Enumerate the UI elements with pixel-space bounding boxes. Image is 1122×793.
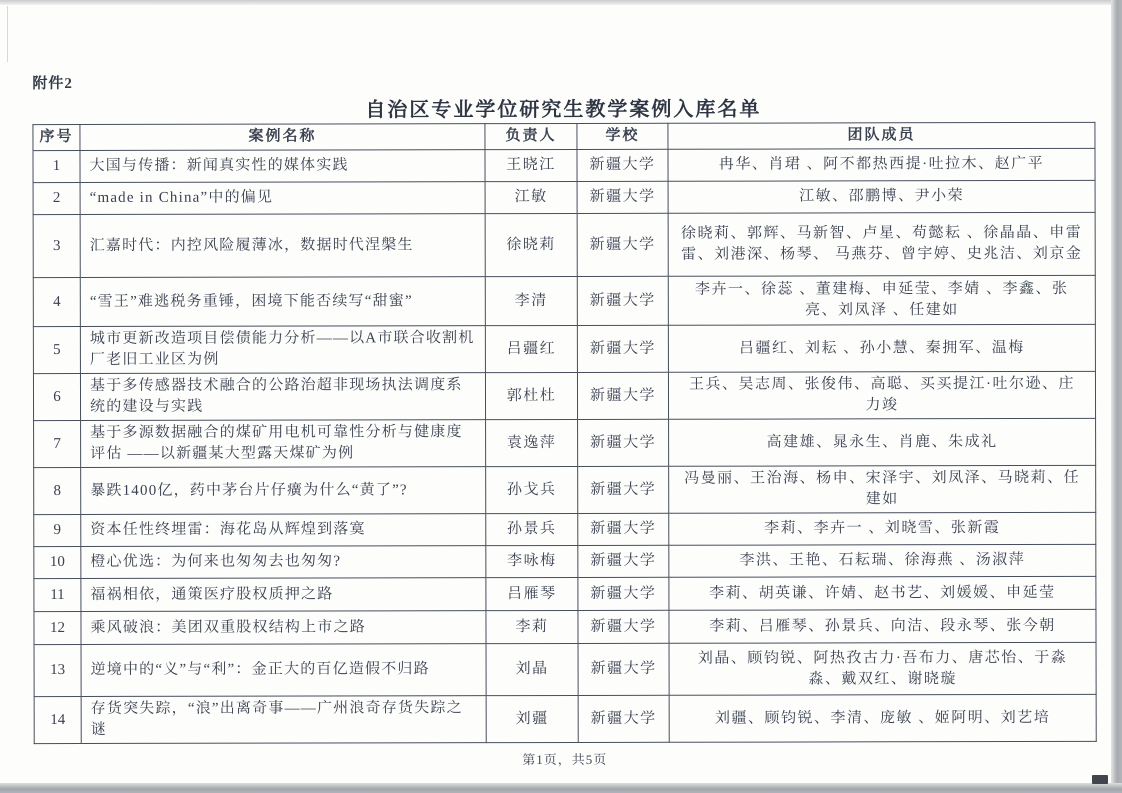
case-no-cell: 3 [33,214,80,277]
case-leader-cell: 江敏 [485,181,577,213]
case-team-cell: 刘晶、顾钧锐、阿热孜古力·吾布力、唐芯怡、于淼淼、戴双红、谢晓璇 [669,642,1096,695]
case-team-cell: 冯曼丽、王治海、杨申、宋泽宇、刘凤泽、马晓莉、任建如 [669,465,1096,513]
column-header-school: 学校 [577,123,668,149]
case-name-cell: 存货突失踪，“浪”出离奇事——广州浪奇存货失踪之谜 [81,696,486,744]
case-school-cell: 新疆大学 [578,610,669,643]
case-leader-cell: 吕疆红 [485,325,577,372]
case-leader-cell: 李清 [485,276,577,325]
table-row: 11 福祸相依，通策医疗股权质押之路 吕雁琴 新疆大学 李莉、胡英谦、许婧、赵书… [34,576,1096,611]
case-no-cell: 8 [34,467,81,514]
table-row: 4 “雪王”难逃税务重锤，困境下能否续写“甜蜜” 李清 新疆大学 李卉一、徐蕊 … [33,275,1095,326]
case-no-cell: 1 [33,150,80,182]
case-name-cell: 基于多源数据融合的煤矿用电机可靠性分析与健康度评估 ——以新疆某大型露天煤矿为例 [81,420,486,468]
table-row: 1 大国与传播：新闻真实性的媒体实践 王晓江 新疆大学 冉华、肖珺 、阿不都热西… [33,148,1095,182]
case-no-cell: 12 [34,611,81,644]
case-school-cell: 新疆大学 [577,213,668,276]
case-leader-cell: 吕雁琴 [486,577,578,610]
case-no-cell: 5 [33,326,80,373]
case-name-cell: “雪王”难逃税务重锤，困境下能否续写“甜蜜” [80,277,485,327]
page-title: 自治区专业学位研究生教学案例入库名单 [32,92,1094,123]
case-team-cell: 王兵、吴志周、张俊伟、高聪、买买提江·吐尔逊、庄力竣 [668,371,1095,419]
case-no-cell: 2 [33,182,80,214]
table-row: 14 存货突失踪，“浪”出离奇事——广州浪奇存货失踪之谜 刘疆 新疆大学 刘疆、… [34,694,1096,743]
case-leader-cell: 李咏梅 [486,545,578,577]
case-no-cell: 10 [34,546,81,578]
case-school-cell: 新疆大学 [577,276,668,325]
scan-edge-top [0,0,1122,5]
case-no-cell: 7 [34,420,81,467]
case-team-cell: 李卉一、徐蕊 、董建梅、申延莹、李婧 、李鑫、张亮、刘凤泽 、任建如 [668,275,1095,325]
case-school-cell: 新疆大学 [578,419,669,466]
table-row: 2 “made in China”中的偏见 江敏 新疆大学 江敏、邵鹏博、尹小荣 [33,180,1095,214]
case-leader-cell: 郭杜杜 [485,372,577,419]
case-team-cell: 李莉、李卉一 、刘晓雪、张新霞 [669,512,1096,545]
table-row: 13 逆境中的“义”与“利”：金正大的百亿造假不归路 刘晶 新疆大学 刘晶、顾钧… [34,642,1096,696]
attachment-label: 附件2 [32,72,73,93]
table-row: 9 资本任性终埋雷：海花岛从辉煌到落寞 孙景兵 新疆大学 李莉、李卉一 、刘晓雪… [34,512,1096,546]
case-school-cell: 新疆大学 [578,513,669,545]
column-header-name: 案例名称 [80,124,485,151]
case-name-cell: 资本任性终埋雷：海花岛从辉煌到落寞 [81,514,486,547]
case-name-cell: 暴跌1400亿，药中茅台片仔癀为什么“黄了”? [81,467,486,515]
case-leader-cell: 刘晶 [486,643,578,695]
table-row: 6 基于多传感器技术融合的公路治超非现场执法调度系统的建设与实践 郭杜杜 新疆大… [33,371,1095,420]
case-team-cell: 江敏、邵鹏博、尹小荣 [668,180,1095,213]
case-team-cell: 李莉、吕雁琴、孙景兵、向洁、段永琴、张今朝 [669,609,1096,643]
table-row: 7 基于多源数据融合的煤矿用电机可靠性分析与健康度评估 ——以新疆某大型露天煤矿… [34,418,1096,467]
table-row: 8 暴跌1400亿，药中茅台片仔癀为什么“黄了”? 孙戈兵 新疆大学 冯曼丽、王… [34,465,1096,514]
case-team-cell: 李洪、王艳、石耘瑞、徐海燕 、汤淑萍 [669,544,1096,577]
case-name-cell: 逆境中的“义”与“利”：金正大的百亿造假不归路 [81,644,486,697]
column-header-no: 序号 [33,124,80,150]
case-no-cell: 14 [34,696,81,743]
column-header-leader: 负责人 [485,123,577,149]
scanned-page: 附件2 自治区专业学位研究生教学案例入库名单 序号 案例名称 负责人 学校 团队… [0,4,1112,784]
scan-edge-bottom [0,783,1122,793]
scan-artifact-line [7,6,8,62]
table-row: 10 橙心优选：为何来也匆匆去也匆匆? 李咏梅 新疆大学 李洪、王艳、石耘瑞、徐… [34,544,1096,578]
column-header-team: 团队成员 [668,122,1095,149]
case-team-cell: 吕疆红、刘耘 、孙小慧、秦拥军、温梅 [668,324,1095,372]
case-school-cell: 新疆大学 [577,149,668,181]
case-leader-cell: 孙景兵 [486,513,578,545]
case-team-cell: 刘疆、顾钧锐、李清、庞敏 、姬阿明、刘艺培 [669,694,1096,742]
table-row: 3 汇嘉时代：内控风险履薄冰，数据时代涅槃生 徐晓莉 新疆大学 徐晓莉、郭辉、马… [33,212,1095,277]
case-school-cell: 新疆大学 [578,545,669,577]
case-leader-cell: 孙戈兵 [486,466,578,513]
case-no-cell: 13 [34,644,81,696]
table-row: 12 乘风破浪：美团双重股权结构上市之路 李莉 新疆大学 李莉、吕雁琴、孙景兵、… [34,609,1096,644]
case-table-body: 1 大国与传播：新闻真实性的媒体实践 王晓江 新疆大学 冉华、肖珺 、阿不都热西… [33,148,1096,743]
header-row: 序号 案例名称 负责人 学校 团队成员 [33,122,1095,150]
case-school-cell: 新疆大学 [578,466,669,513]
case-name-cell: 汇嘉时代：内控风险履薄冰，数据时代涅槃生 [80,214,485,278]
case-leader-cell: 王晓江 [485,149,577,181]
case-school-cell: 新疆大学 [577,325,668,372]
case-no-cell: 6 [33,373,80,420]
case-leader-cell: 徐晓莉 [485,213,577,276]
page-number: 第1页，共5页 [34,748,1096,769]
case-name-cell: 橙心优选：为何来也匆匆去也匆匆? [81,546,486,579]
case-team-cell: 高建雄、晁永生、肖鹿、朱成礼 [669,418,1096,466]
case-leader-cell: 李莉 [486,610,578,643]
case-no-cell: 4 [33,277,80,326]
case-school-cell: 新疆大学 [577,372,668,419]
case-name-cell: “made in China”中的偏见 [80,182,485,215]
case-name-cell: 乘风破浪：美团双重股权结构上市之路 [81,611,486,645]
case-table-header: 序号 案例名称 负责人 学校 团队成员 [33,122,1095,150]
case-team-cell: 李莉、胡英谦、许婧、赵书艺、刘媛媛、申延莹 [669,576,1096,610]
case-name-cell: 大国与传播：新闻真实性的媒体实践 [80,150,485,183]
case-school-cell: 新疆大学 [578,695,669,742]
case-no-cell: 9 [34,514,81,546]
case-table: 序号 案例名称 负责人 学校 团队成员 1 大国与传播：新闻真实性的媒体实践 王… [32,122,1096,744]
case-team-cell: 冉华、肖珺 、阿不都热西提·吐拉木、赵广平 [668,148,1095,181]
case-name-cell: 基于多传感器技术融合的公路治超非现场执法调度系统的建设与实践 [80,373,485,421]
scan-artifact-mark [1092,775,1108,784]
case-leader-cell: 刘疆 [486,695,578,742]
case-school-cell: 新疆大学 [577,181,668,213]
case-name-cell: 城市更新改造项目偿债能力分析——以A市联合收割机厂老旧工业区为例 [80,326,485,374]
scan-edge-right [1111,0,1122,793]
case-school-cell: 新疆大学 [578,643,669,695]
case-team-cell: 徐晓莉、郭辉、马新智、卢星、苟懿耘 、徐晶晶、申雷雷、刘港深、杨琴、 马燕芬、曾… [668,212,1095,276]
case-school-cell: 新疆大学 [578,577,669,610]
case-no-cell: 11 [34,578,81,611]
case-name-cell: 福祸相依，通策医疗股权质押之路 [81,578,486,612]
case-leader-cell: 袁逸萍 [486,419,578,466]
table-row: 5 城市更新改造项目偿债能力分析——以A市联合收割机厂老旧工业区为例 吕疆红 新… [33,324,1095,373]
